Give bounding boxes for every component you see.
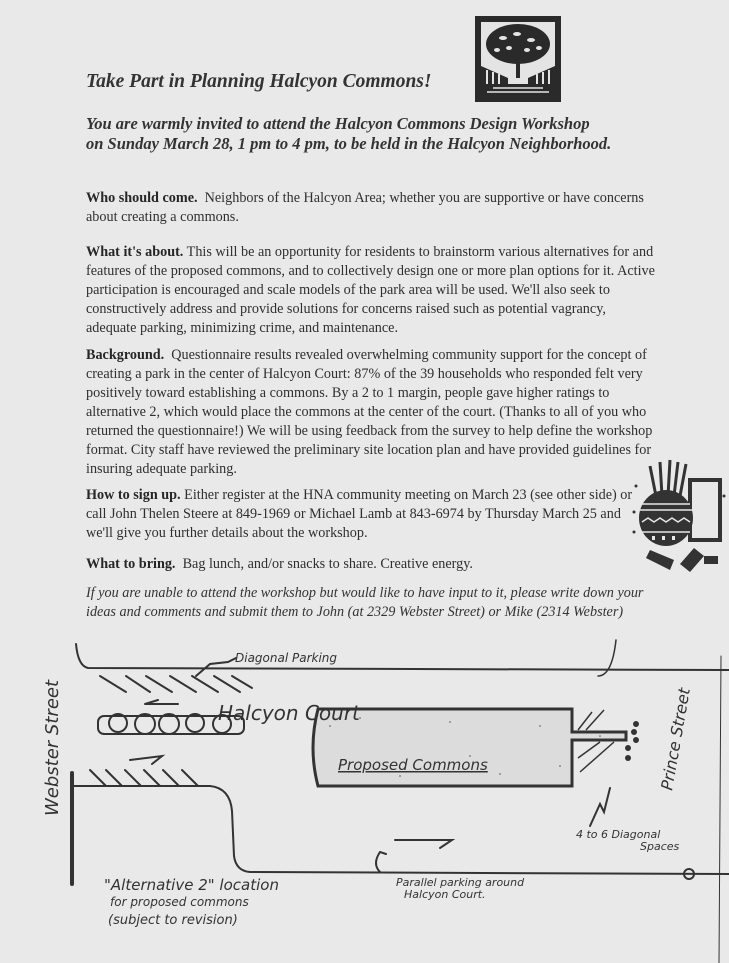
label-diagonal-parking: Diagonal Parking [235,651,337,665]
tree-woodcut-icon [473,14,563,104]
section-heading: What to bring. [86,556,175,572]
section-heading: Background. [86,347,164,363]
section-heading: Who should come. [86,190,198,206]
paint-pot-brushes-icon [630,456,729,576]
section-what-its-about: What it's about. This will be an opportu… [86,243,656,338]
section-background: Background. Questionnaire results reveal… [86,346,666,479]
invitation-text: You are warmly invited to attend the Hal… [86,114,726,154]
label-proposed-commons: Proposed Commons [338,756,488,774]
label-alternative-2-line2: for proposed commons [110,895,249,909]
submission-note: If you are unable to attend the workshop… [86,584,676,622]
page-title: Take Part in Planning Halcyon Commons! [86,71,431,93]
label-prince-street: Prince Street [657,686,694,792]
section-who-should-come: Who should come. Neighbors of the Halcyo… [86,189,656,227]
section-body: Bag lunch, and/or snacks to share. Creat… [183,556,473,572]
section-body: Questionnaire results revealed overwhelm… [86,347,652,477]
section-how-to-sign-up: How to sign up. Either register at the H… [86,486,646,543]
section-what-to-bring: What to bring. Bag lunch, and/or snacks … [86,555,656,574]
label-webster-street: Webster Street [42,679,63,816]
label-alternative-2: "Alternative 2" location [104,876,279,894]
section-heading: How to sign up. [86,487,181,503]
invitation-line-1: You are warmly invited to attend the Hal… [86,114,726,134]
label-parallel-parking-2: Halcyon Court. [404,888,486,901]
site-plan-sketch: Diagonal Parking Halcyon Court Proposed … [0,636,729,963]
section-heading: What it's about. [86,244,183,260]
label-diagonal-spaces-2: Spaces [640,840,680,853]
label-alternative-2-line3: (subject to revision) [108,913,238,928]
invitation-line-2: on Sunday March 28, 1 pm to 4 pm, to be … [86,134,726,154]
label-halcyon-court: Halcyon Court [218,701,361,725]
